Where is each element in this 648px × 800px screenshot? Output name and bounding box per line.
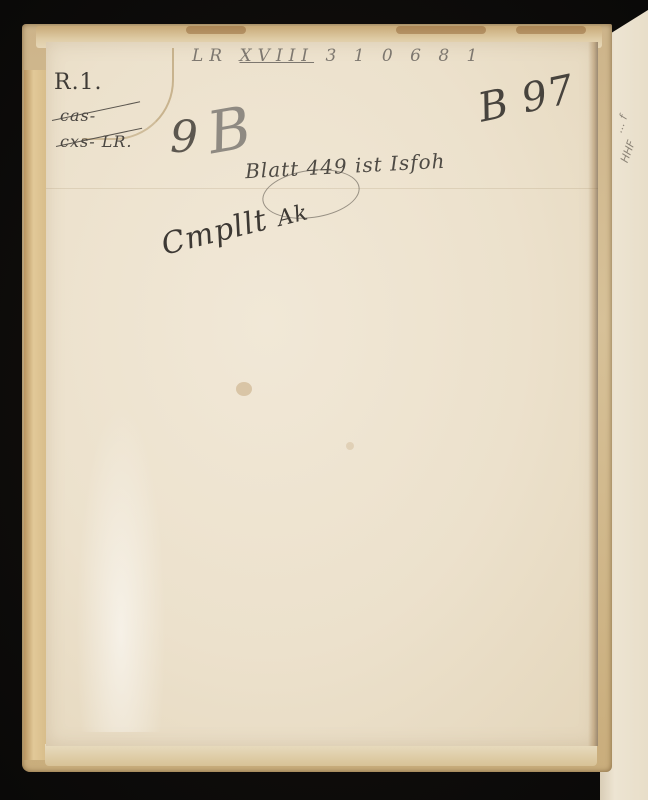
foxing-spot — [346, 442, 354, 450]
shelfmark-prefix: LR — [192, 46, 228, 66]
flyleaf-mark: HHF — [618, 139, 638, 165]
photo-background: ... f HHF LR XVIII 3 1 0 6 8 1 R.1. cas-… — [0, 0, 648, 800]
spine-edge — [588, 42, 598, 746]
vellum-turn-in-bottom — [45, 744, 597, 766]
shelfmark-annotation: LR XVIII 3 1 0 6 8 1 — [192, 46, 483, 66]
cas-line-2: cxs- LR. — [60, 132, 132, 151]
vellum-turn-in-left — [24, 70, 48, 760]
shelfmark-number: 3 1 0 6 8 1 — [325, 46, 483, 66]
shelfmark-roman: XVIII — [240, 46, 315, 66]
flyleaf-mark: ... f — [612, 113, 630, 134]
large-number-annotation: 9 — [170, 112, 199, 163]
foxing-spot — [236, 382, 252, 396]
cas-line-1: cas- — [60, 106, 96, 125]
abrasion-area — [76, 402, 166, 732]
corner-mark: R.1. — [54, 70, 103, 95]
signature-suffix: Ak — [275, 200, 311, 232]
